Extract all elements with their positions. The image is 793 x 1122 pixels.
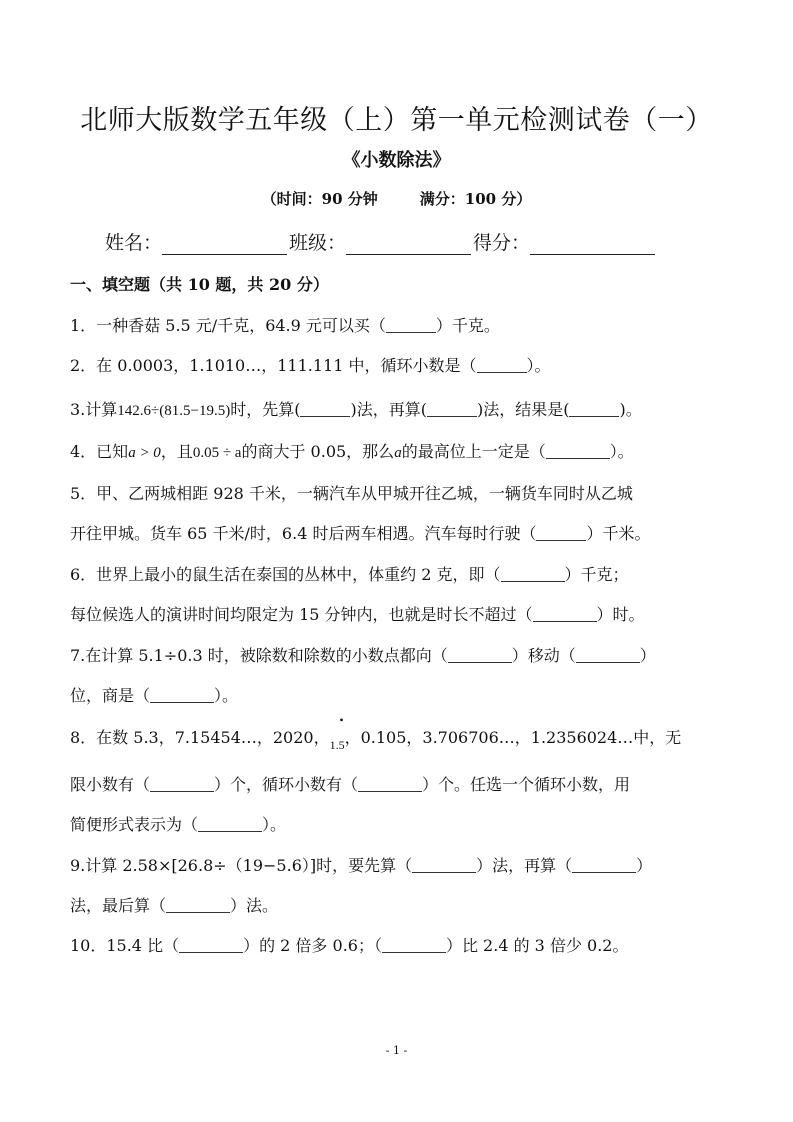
answer-blank[interactable]	[572, 854, 636, 873]
question-3: 3.计算142.6÷(81.5−19.5)时，先算()法，再算()法，结果是()…	[70, 390, 730, 431]
answer-blank[interactable]	[358, 773, 422, 792]
answer-blank[interactable]	[382, 934, 446, 953]
exam-subtitle: 《小数除法》	[0, 146, 793, 172]
exam-title: 北师大版数学五年级（上）第一单元检测试卷（一）	[0, 98, 793, 137]
question-4: 4．已知a > 0，且0.05 ÷ a的商大于 0.05，那么a的最高位上一定是…	[70, 432, 730, 473]
question-5: 5．甲、乙两城相距 928 千米，一辆汽车从甲城开往乙城，一辆货车同时从乙城 开…	[70, 474, 730, 554]
answer-blank[interactable]	[150, 684, 214, 703]
answer-blank[interactable]	[501, 563, 565, 582]
answer-blank[interactable]	[576, 644, 640, 663]
answer-blank[interactable]	[386, 314, 436, 333]
question-9: 9.计算 2.58×[26.8÷（19−5.6）]时，要先算（）法，再算（） 法…	[70, 846, 730, 926]
answer-blank[interactable]	[198, 813, 262, 832]
class-field[interactable]	[346, 232, 471, 255]
question-1: 1．一种香菇 5.5 元/千克，64.9 元可以买（）千克。	[70, 306, 730, 346]
score-label: 得分：	[473, 228, 530, 255]
name-field[interactable]	[162, 232, 287, 255]
repeating-decimal: 1.5•	[330, 725, 345, 765]
total-score: 满分：100 分）	[420, 190, 532, 208]
answer-blank[interactable]	[477, 354, 527, 373]
student-info: 姓名： 班级： 得分：	[105, 228, 657, 255]
time-limit: （时间：90 分钟	[262, 190, 378, 208]
answer-blank[interactable]	[150, 773, 214, 792]
name-label: 姓名：	[105, 228, 162, 255]
answer-blank[interactable]	[166, 894, 230, 913]
question-2: 2．在 0.0003，1.1010…，111.111 中，循环小数是（）。	[70, 346, 730, 386]
answer-blank[interactable]	[300, 398, 350, 417]
answer-blank[interactable]	[427, 398, 477, 417]
section-title: 一、填空题（共 10 题，共 20 分）	[70, 272, 329, 295]
exam-meta: （时间：90 分钟满分：100 分）	[0, 188, 793, 209]
answer-blank[interactable]	[448, 644, 512, 663]
answer-blank[interactable]	[179, 934, 243, 953]
answer-blank[interactable]	[569, 398, 619, 417]
score-field[interactable]	[530, 232, 655, 255]
answer-blank[interactable]	[533, 603, 597, 622]
question-6: 6．世界上最小的鼠生活在泰国的丛林中，体重约 2 克，即（）千克； 每位候选人的…	[70, 555, 730, 635]
question-8: 8．在数 5.3，7.15454…，2020，1.5•，0.105，3.7067…	[70, 718, 730, 845]
answer-blank[interactable]	[546, 440, 610, 459]
repeat-dot-icon: •	[339, 715, 343, 725]
question-7: 7.在计算 5.1÷0.3 时，被除数和除数的小数点都向（）移动（） 位，商是（…	[70, 636, 730, 716]
question-10: 10．15.4 比（）的 2 倍多 0.6；（）比 2.4 的 3 倍少 0.2…	[70, 926, 730, 966]
page-number: - 1 -	[0, 1044, 793, 1057]
answer-blank[interactable]	[536, 522, 586, 541]
answer-blank[interactable]	[412, 854, 476, 873]
class-label: 班级：	[289, 228, 346, 255]
